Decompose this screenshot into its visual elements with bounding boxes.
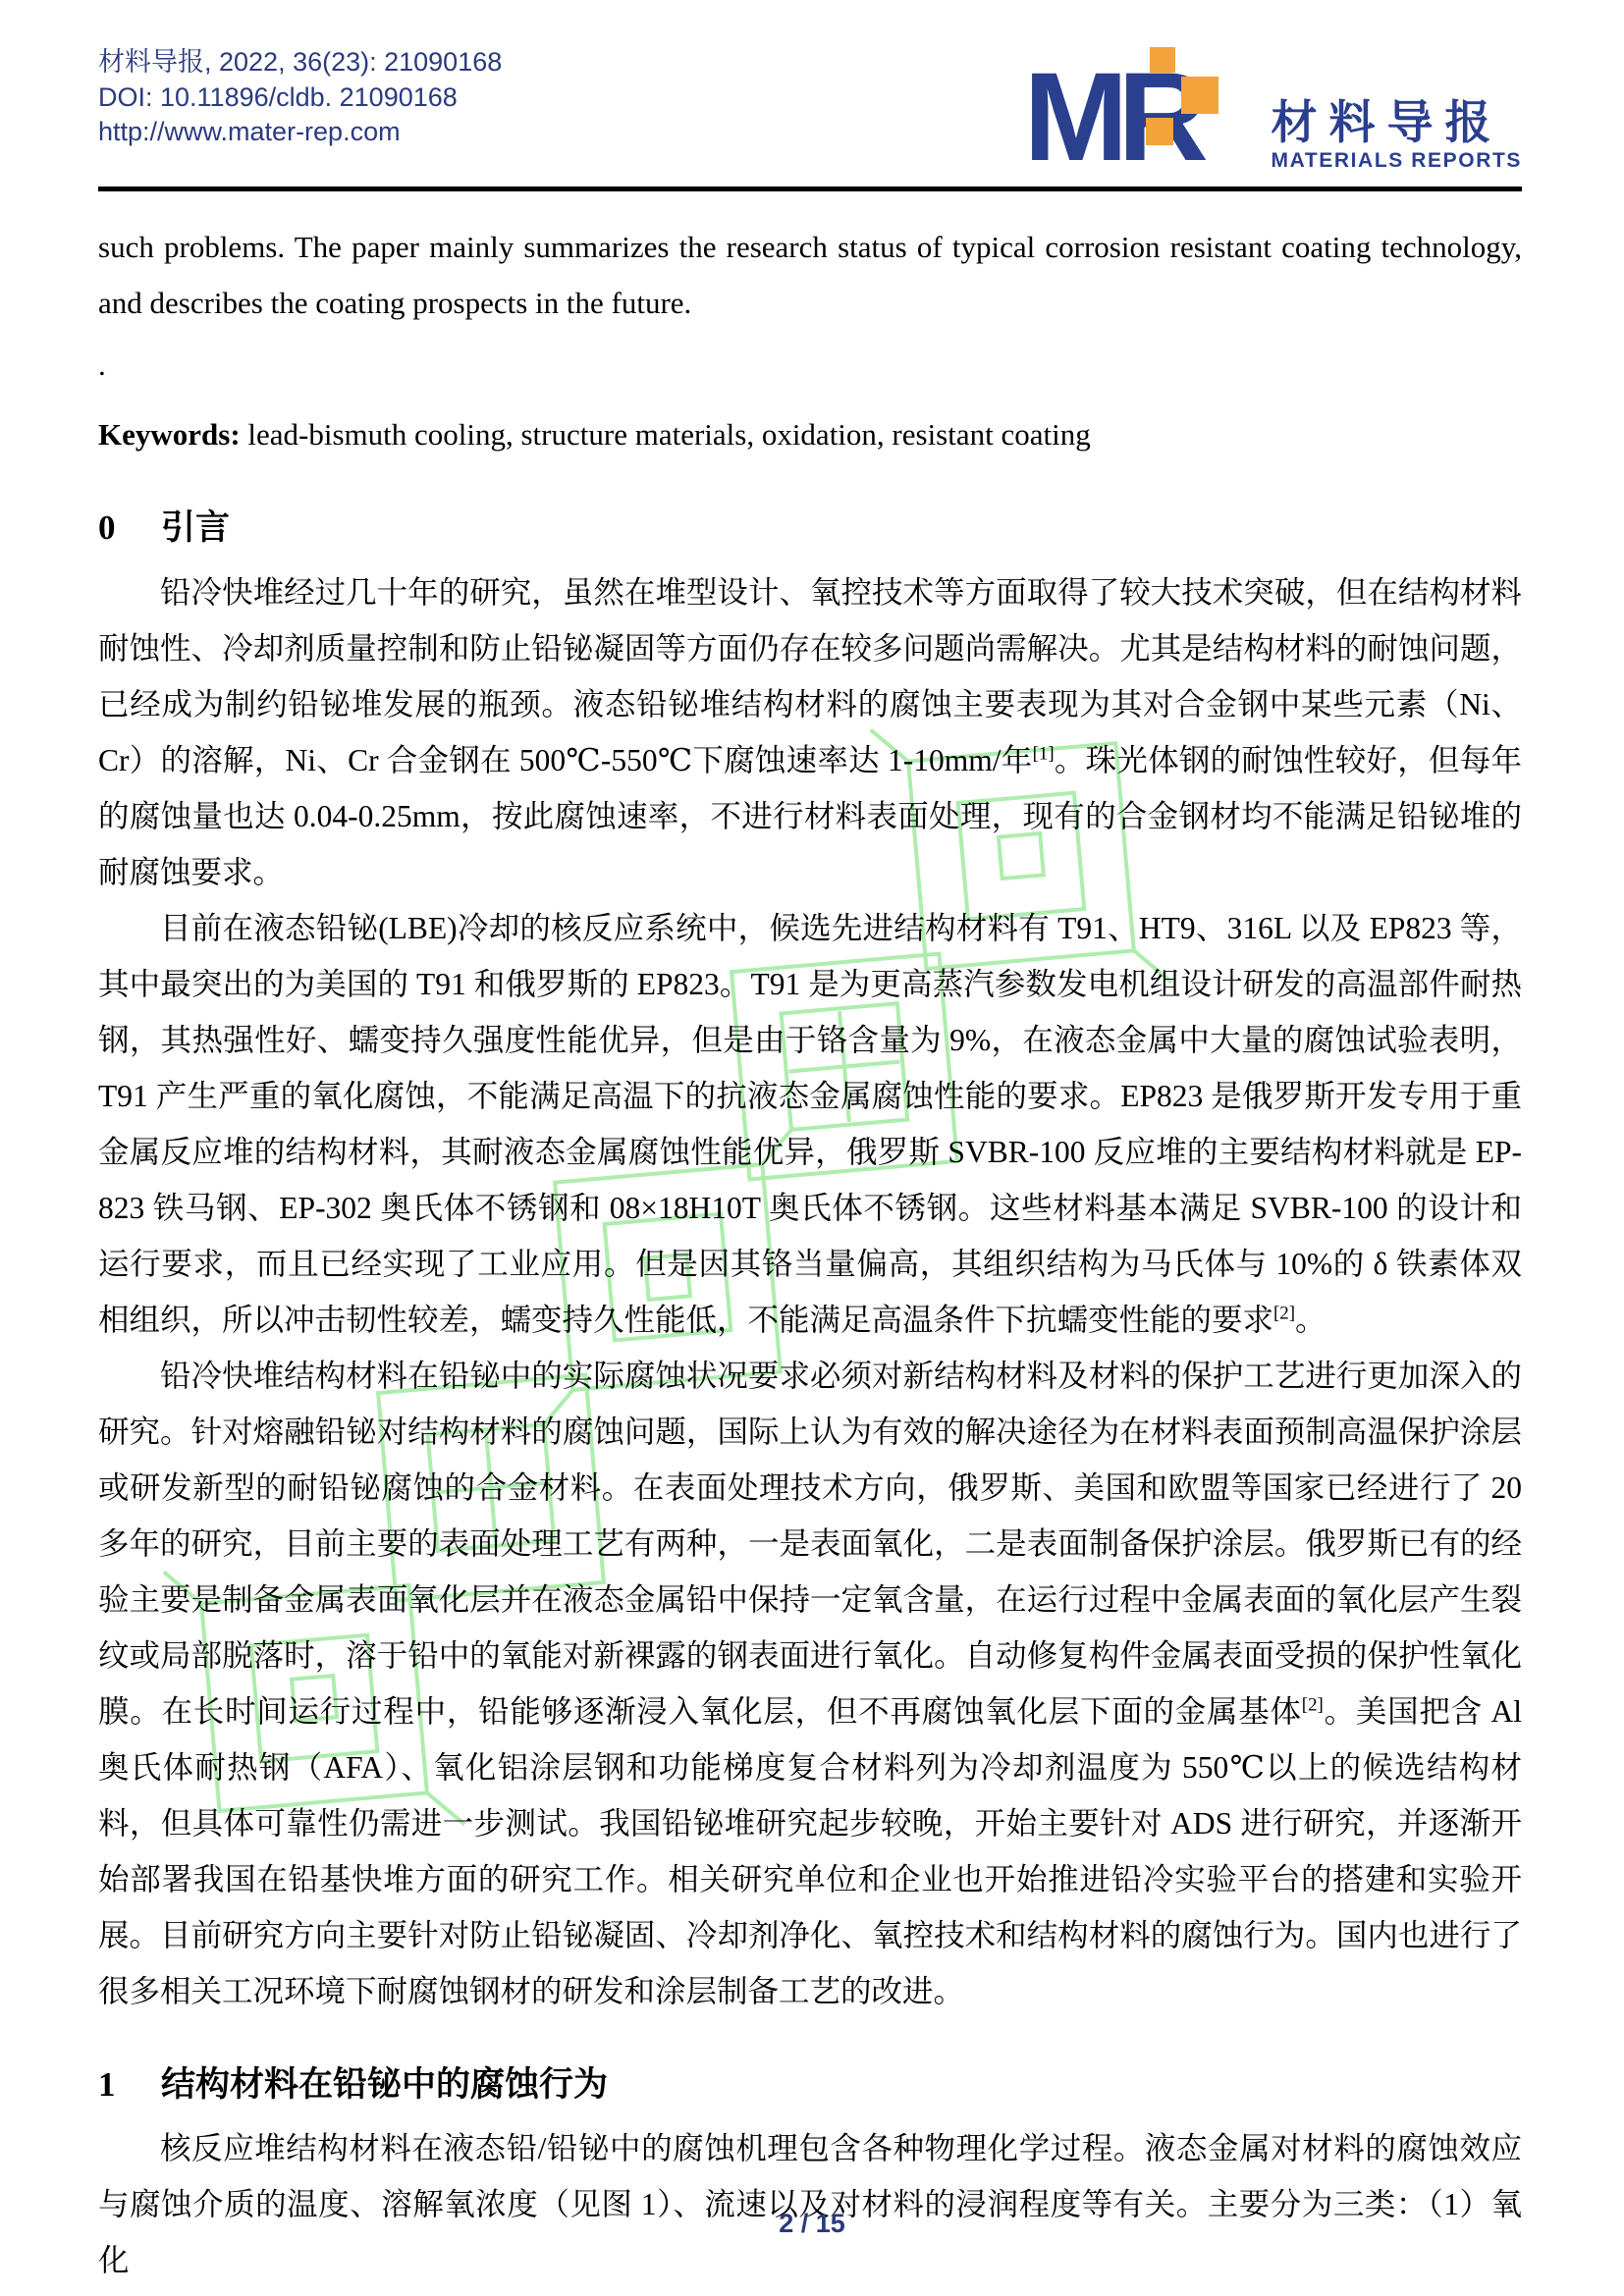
journal-url-link[interactable]: http://www.mater-rep.com — [98, 115, 502, 150]
logo-wordmark: 材料导报 MATERIALS REPORTS — [1272, 98, 1522, 175]
header-divider — [98, 187, 1522, 191]
journal-citation-block: 材料导报, 2022, 36(23): 21090168 DOI: 10.118… — [98, 45, 502, 150]
paragraph: 核反应堆结构材料在液态铅/铅铋中的腐蚀机理包含各种物理化学过程。液态金属对材料的… — [98, 2120, 1522, 2288]
logo-orange-square-icon — [1146, 118, 1173, 145]
section-title: 引言 — [161, 508, 230, 547]
abstract-continuation-text: such problems. The paper mainly summariz… — [98, 219, 1522, 331]
paragraph: 铅冷快堆结构材料在铅铋中的实际腐蚀状况要求必须对新结构材料及材料的保护工艺进行更… — [98, 1348, 1522, 2019]
paragraph: 铅冷快堆经过几十年的研究，虽然在堆型设计、氧控技术等方面取得了较大技术突破，但在… — [98, 564, 1522, 900]
doi-line: DOI: 10.11896/cldb. 21090168 — [98, 80, 502, 116]
page-number-indicator: 2 / 15 — [0, 2209, 1624, 2239]
materials-reports-logo: M R 材料导报 MATERIALS REPORTS — [1024, 49, 1522, 175]
stray-dot: . — [98, 337, 1522, 393]
logo-chinese-name: 材料导报 — [1272, 98, 1522, 149]
keywords-label: Keywords: — [98, 417, 241, 452]
page-header: 材料导报, 2022, 36(23): 21090168 DOI: 10.118… — [98, 45, 1522, 175]
logo-letter-m: M — [1024, 55, 1129, 181]
logo-english-name: MATERIALS REPORTS — [1272, 149, 1522, 173]
keywords-text: lead-bismuth cooling, structure material… — [241, 417, 1091, 452]
paragraph: 目前在液态铅铋(LBE)冷却的核反应系统中，候选先进结构材料有 T91、HT9、… — [98, 900, 1522, 1348]
section-number: 0 — [98, 506, 161, 551]
paper-page: 材料导报, 2022, 36(23): 21090168 DOI: 10.118… — [0, 0, 1624, 2296]
logo-orange-square-icon — [1181, 77, 1218, 114]
mr-monogram-icon: M R — [1024, 49, 1252, 175]
section-heading-introduction: 0引言 — [98, 506, 1522, 551]
section-title: 结构材料在铅铋中的腐蚀行为 — [161, 2065, 608, 2104]
section-heading-corrosion-behavior: 1结构材料在铅铋中的腐蚀行为 — [98, 2062, 1522, 2108]
section-number: 1 — [98, 2062, 161, 2108]
keywords-line: Keywords: lead-bismuth cooling, structur… — [98, 406, 1522, 462]
journal-citation: 材料导报, 2022, 36(23): 21090168 — [98, 45, 502, 80]
logo-orange-square-icon — [1150, 47, 1175, 73]
